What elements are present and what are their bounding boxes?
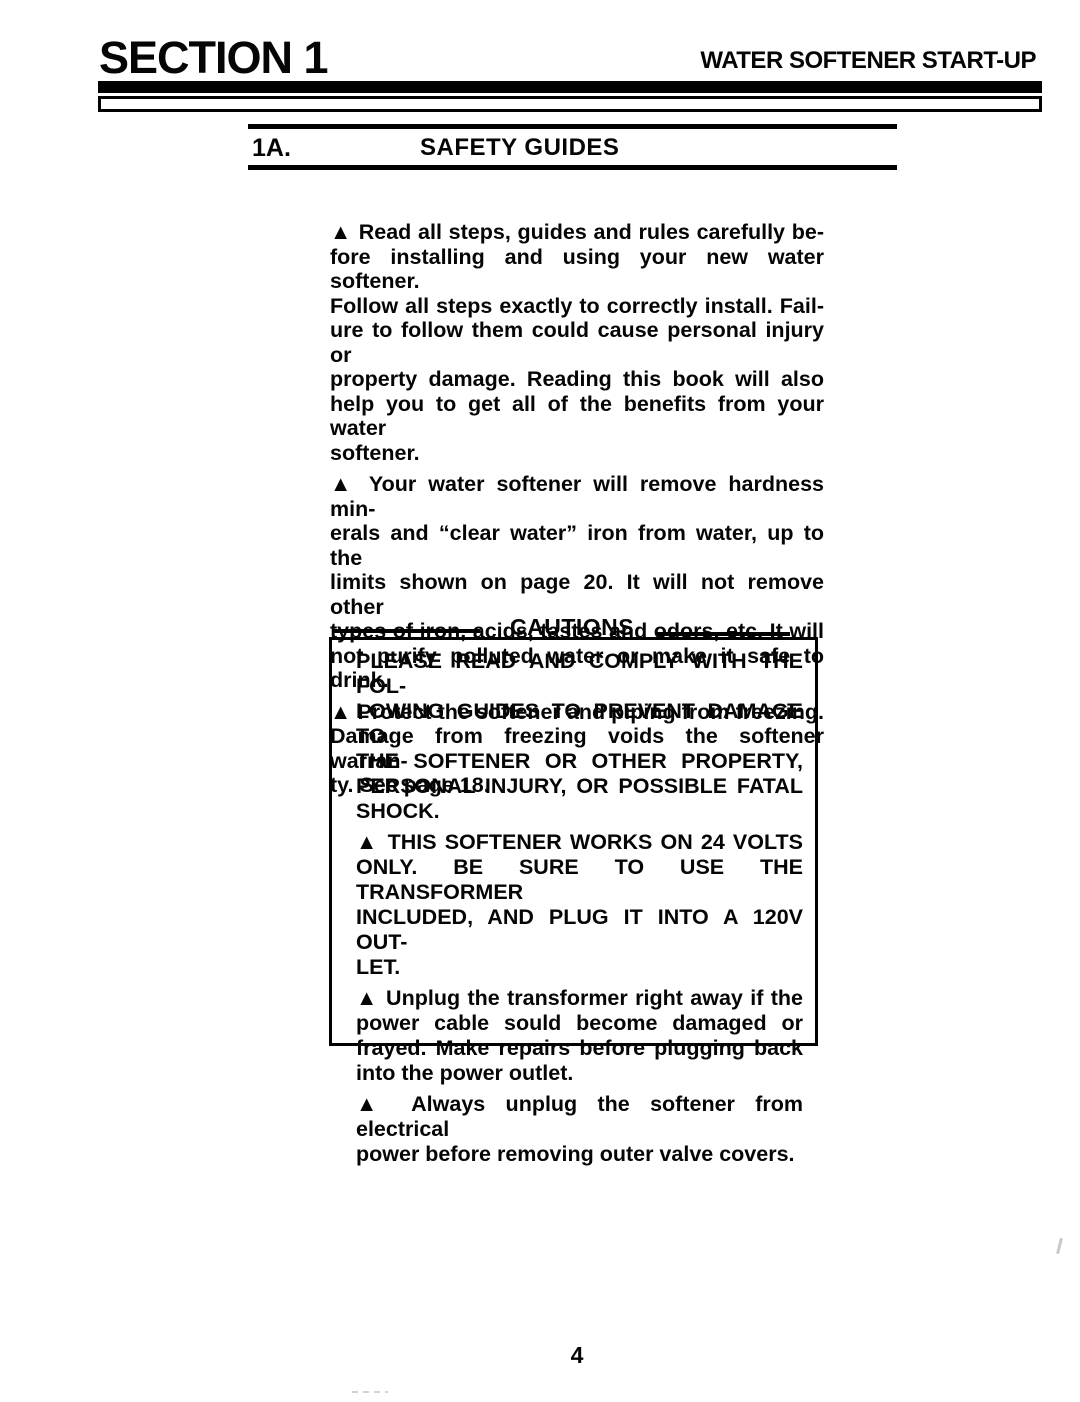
text-line: fore installing and using your new water… xyxy=(330,245,824,294)
text-line: help you to get all of the benefits from… xyxy=(330,392,824,441)
text-line: LOWING GUIDES TO PREVENT DAMAGE TO xyxy=(356,699,803,749)
subsection-number: 1A. xyxy=(252,134,291,163)
caution-24-volts: ▲ THIS SOFTENER WORKS ON 24 VOLTSONLY. B… xyxy=(356,830,803,980)
page-topic-heading: WATER SOFTENER START-UP xyxy=(700,47,1036,75)
text-line: ▲ THIS SOFTENER WORKS ON 24 VOLTS xyxy=(356,830,803,855)
text-line: softener. xyxy=(330,441,824,466)
cautions-box: PLEASE READ AND COMPLY WITH THE FOL-LOWI… xyxy=(329,637,818,1046)
subsection-header: 1A. SAFETY GUIDES xyxy=(248,124,897,170)
text-line: ONLY. BE SURE TO USE THE TRANSFORMER xyxy=(356,855,803,905)
scan-artifact xyxy=(1056,1238,1063,1254)
text-line: INCLUDED, AND PLUG IT INTO A 120V OUT- xyxy=(356,905,803,955)
subsection-title-row: 1A. SAFETY GUIDES xyxy=(248,129,897,165)
text-line: property damage. Reading this book will … xyxy=(330,367,824,392)
text-line: into the power outlet. xyxy=(356,1061,803,1086)
cautions-rule-left xyxy=(332,629,480,633)
section-heading: SECTION 1 xyxy=(99,32,328,84)
scan-artifact xyxy=(352,1391,388,1393)
text-line: PERSONAL INJURY, OR POSSIBLE FATAL xyxy=(356,774,803,799)
safety-paragraph-read-steps: ▲ Read all steps, guides and rules caref… xyxy=(330,220,824,465)
text-line: erals and “clear water” iron from water,… xyxy=(330,521,824,570)
header-rule-hollow xyxy=(98,96,1042,112)
text-line: ▲ Always unplug the softener from electr… xyxy=(356,1092,803,1142)
text-line: THE SOFTENER OR OTHER PROPERTY, xyxy=(356,749,803,774)
text-line: LET. xyxy=(356,955,803,980)
text-line: frayed. Make repairs before plugging bac… xyxy=(356,1036,803,1061)
subsection-rule-bottom xyxy=(248,165,897,170)
caution-unplug-transformer: ▲ Unplug the transformer right away if t… xyxy=(356,986,803,1086)
text-line: ▲ Your water softener will remove hardne… xyxy=(330,472,824,521)
caution-unplug-before-service: ▲ Always unplug the softener from electr… xyxy=(356,1092,803,1167)
subsection-title: SAFETY GUIDES xyxy=(420,134,619,162)
text-line: ▲ Read all steps, guides and rules caref… xyxy=(330,220,824,245)
caution-intro: PLEASE READ AND COMPLY WITH THE FOL-LOWI… xyxy=(356,649,803,824)
text-line: PLEASE READ AND COMPLY WITH THE FOL- xyxy=(356,649,803,699)
text-line: Follow all steps exactly to correctly in… xyxy=(330,294,824,319)
text-line: power cable sould become damaged or xyxy=(356,1011,803,1036)
text-line: SHOCK. xyxy=(356,799,803,824)
manual-page: SECTION 1 WATER SOFTENER START-UP 1A. SA… xyxy=(0,0,1080,1402)
text-line: power before removing outer valve covers… xyxy=(356,1142,803,1167)
text-line: limits shown on page 20. It will not rem… xyxy=(330,570,824,619)
text-line: ure to follow them could cause personal … xyxy=(330,318,824,367)
header-rule-thick xyxy=(98,81,1042,93)
page-number: 4 xyxy=(330,1342,824,1369)
text-line: ▲ Unplug the transformer right away if t… xyxy=(356,986,803,1011)
cautions-rule-right xyxy=(657,632,790,636)
